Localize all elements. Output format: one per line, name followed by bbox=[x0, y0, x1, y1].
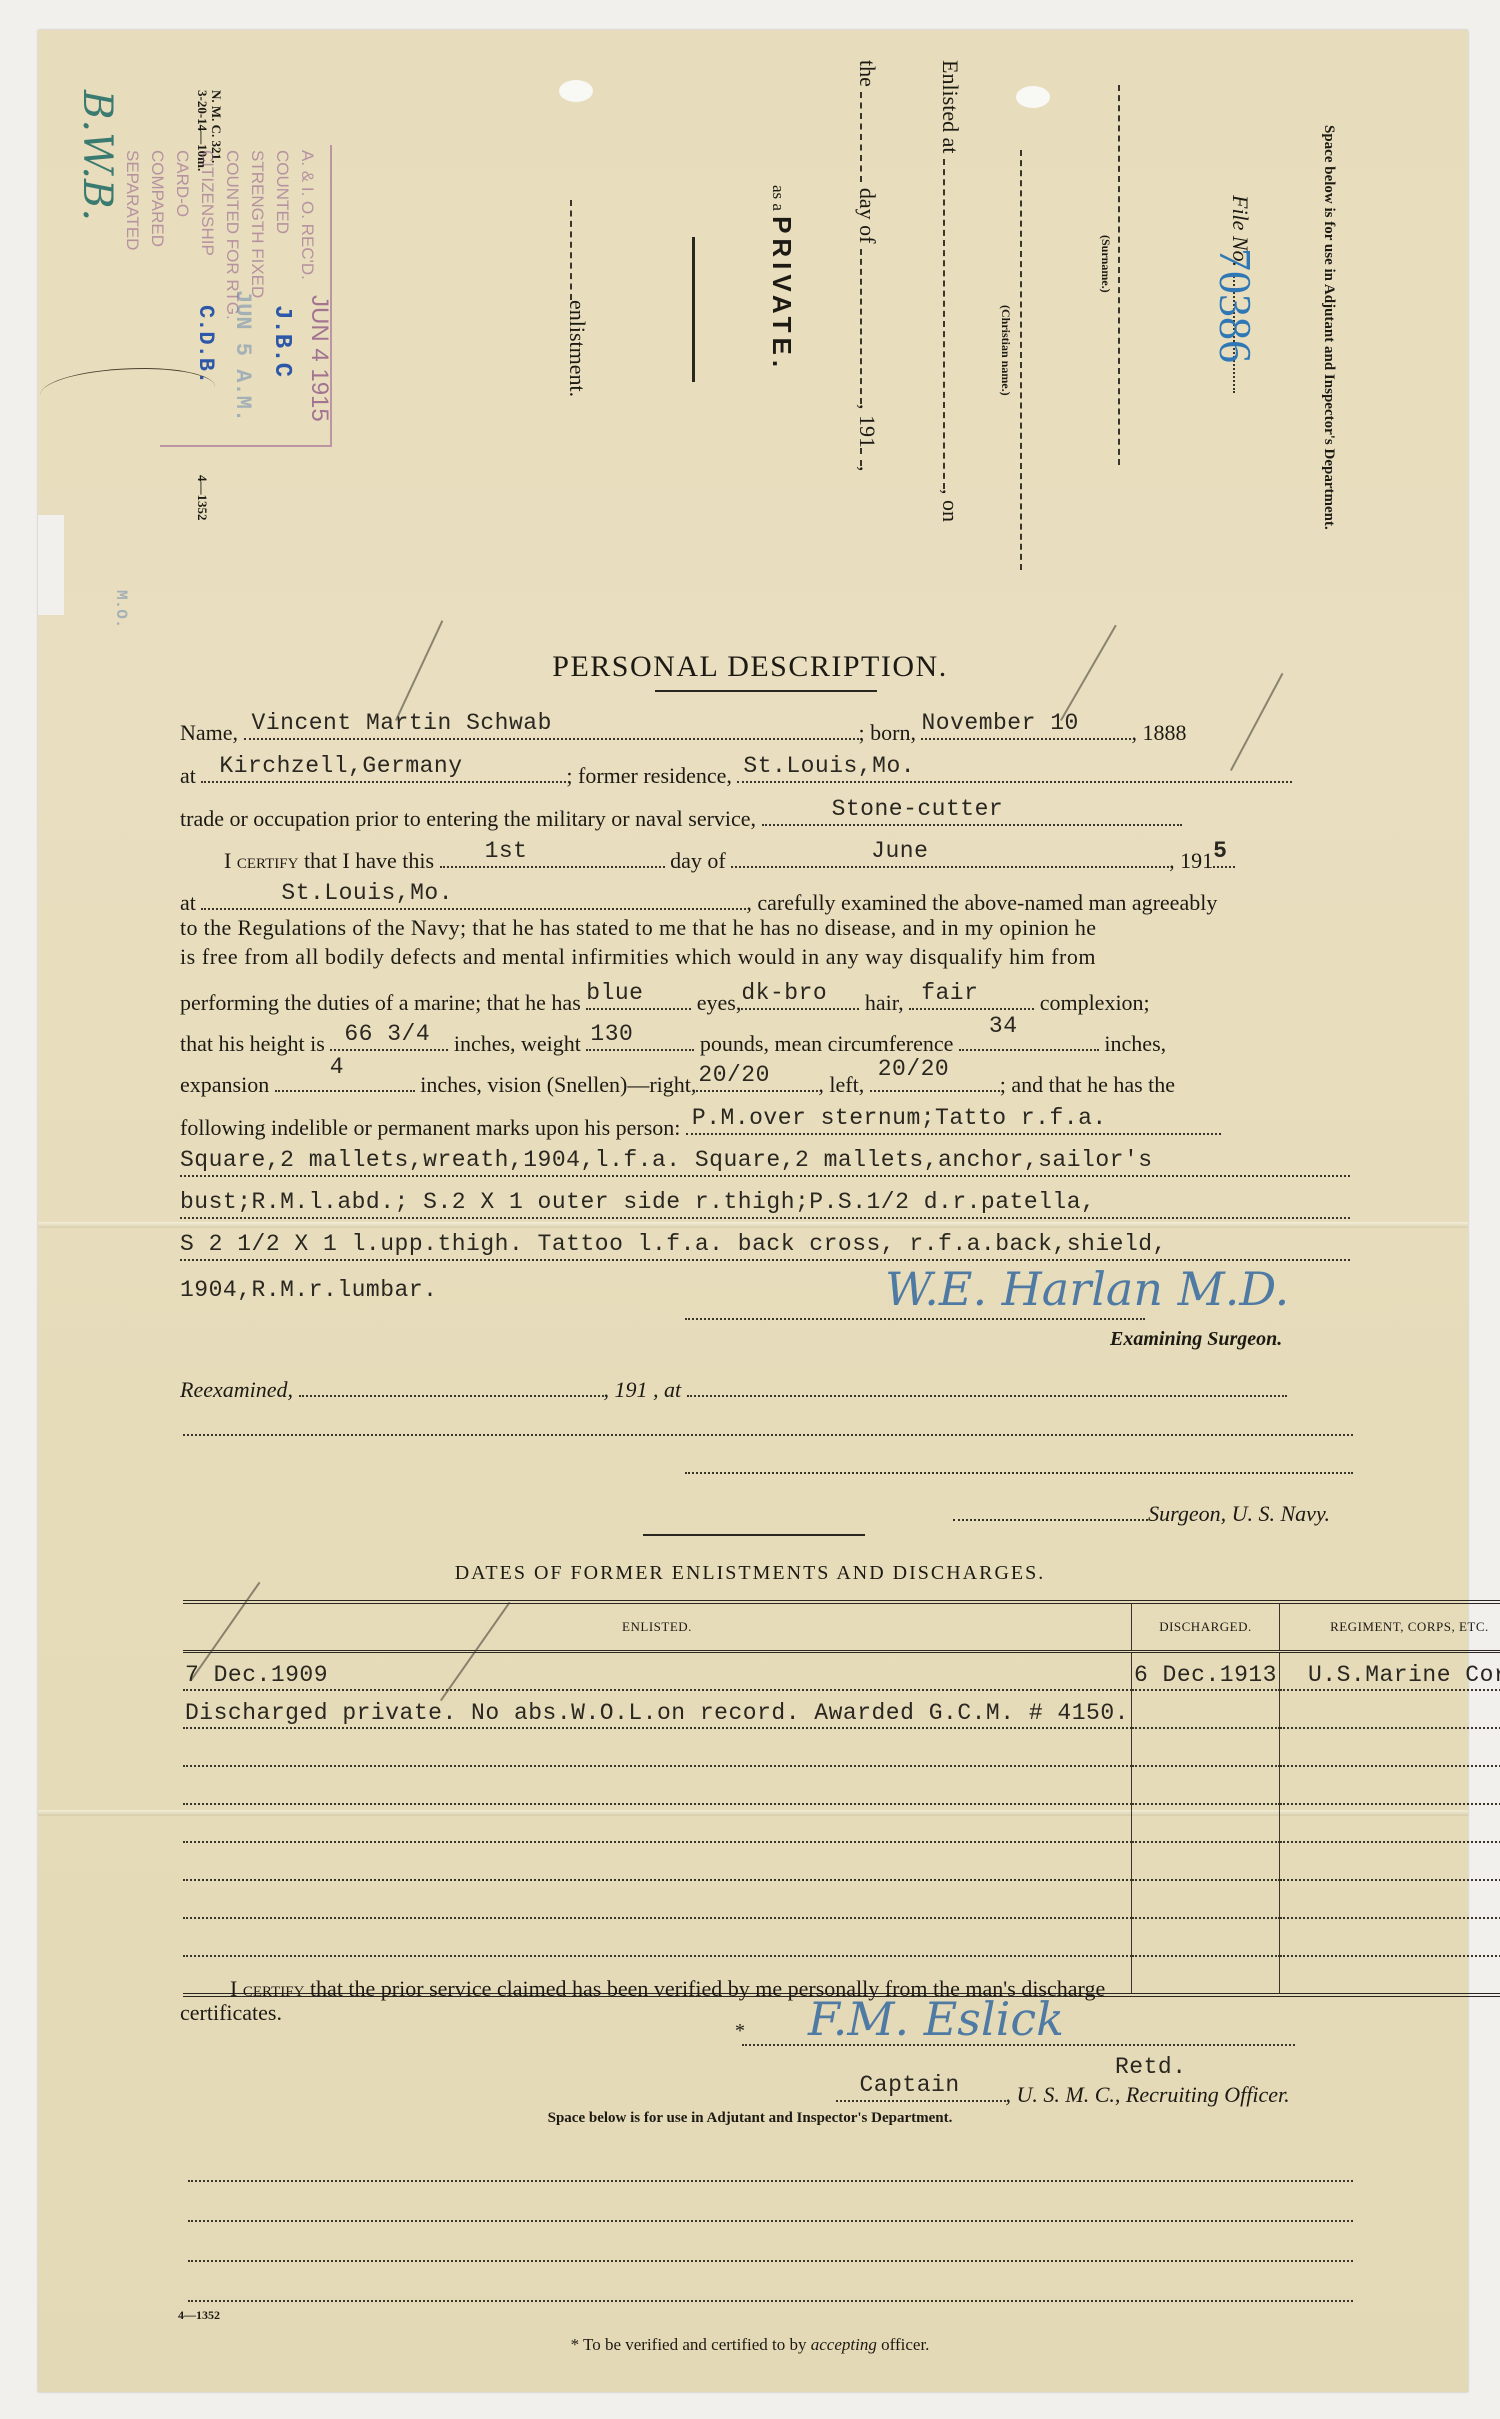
table-cell-remarks[interactable]: Discharged private. No abs.W.O.L.on reco… bbox=[183, 1690, 1131, 1728]
at-label: at bbox=[180, 763, 196, 788]
navy-surgeon-field[interactable] bbox=[953, 1497, 1148, 1521]
blank-line[interactable] bbox=[183, 1434, 1353, 1436]
hair-label: hair, bbox=[865, 990, 904, 1015]
marks-line: bust;R.M.l.abd.; S.2 X 1 outer side r.th… bbox=[180, 1195, 1350, 1226]
day-field[interactable] bbox=[860, 92, 862, 182]
former-enlistments-title: DATES OF FORMER ENLISTMENTS AND DISCHARG… bbox=[0, 1562, 1500, 1585]
handwritten-initials: B.W.B. bbox=[74, 90, 120, 221]
certify-prefix: I bbox=[180, 848, 231, 873]
exam-year-value: 5 bbox=[1213, 838, 1235, 864]
officer-line: Captain, U. S. M. C., Recruiting Officer… bbox=[180, 2078, 1350, 2108]
enlistment-date-line: the day of , 191, bbox=[854, 60, 880, 471]
name-field[interactable]: Vincent Martin Schwab bbox=[244, 716, 859, 740]
marks-field[interactable]: S 2 1/2 X 1 l.upp.thigh. Tattoo l.f.a. b… bbox=[180, 1237, 1350, 1261]
exam-day-value: 1st bbox=[485, 838, 710, 864]
table-cell-discharged[interactable]: 6 Dec.1913 bbox=[1131, 1652, 1279, 1691]
certify-word: certify bbox=[243, 1976, 305, 2001]
verification-text-2: certificates. bbox=[180, 2000, 1350, 2026]
table-row bbox=[183, 1728, 1500, 1766]
appearance-line: performing the duties of a marine; that … bbox=[180, 986, 1350, 1016]
table-cell-enlisted[interactable]: 7 Dec.1909 bbox=[183, 1652, 1131, 1691]
column-header-regiment: REGIMENT, CORPS, ETC. bbox=[1279, 1602, 1500, 1652]
stamp-line: COUNTED bbox=[270, 150, 295, 320]
exam-year-field[interactable]: 5 bbox=[1213, 844, 1235, 868]
vision-line: expansion 4 inches, vision (Snellen)—rig… bbox=[180, 1068, 1350, 1098]
punch-hole bbox=[559, 80, 593, 102]
reexamined-line: Reexamined, , 191 , at bbox=[180, 1373, 1350, 1403]
adjutant-blank-line[interactable] bbox=[188, 2180, 1353, 2182]
born-label: ; born, bbox=[859, 720, 916, 745]
adjutant-blank-line[interactable] bbox=[188, 2220, 1353, 2222]
table-cell[interactable] bbox=[1131, 1766, 1279, 1804]
table-cell[interactable] bbox=[1131, 1804, 1279, 1842]
born-year: , 1888 bbox=[1131, 720, 1186, 745]
stamp-line: CARD-O bbox=[170, 150, 195, 320]
surgeon-signature-line[interactable] bbox=[685, 1318, 1145, 1320]
vision-left-value: 20/20 bbox=[878, 1056, 1008, 1082]
form-code-bottom: 4—1352 bbox=[178, 2308, 220, 2323]
as-a-label: as a bbox=[769, 185, 788, 211]
born-date-value: November 10 bbox=[921, 710, 1131, 736]
table-row: Discharged private. No abs.W.O.L.on reco… bbox=[183, 1690, 1500, 1728]
month-field[interactable] bbox=[860, 249, 862, 404]
officer-caption: , U. S. M. C., Recruiting Officer. bbox=[1006, 2082, 1290, 2107]
surgeon-caption: Examining Surgeon. bbox=[1110, 1328, 1282, 1351]
exam-place-line: at St.Louis,Mo., carefully examined the … bbox=[180, 886, 1350, 916]
adjutant-note: Space below is for use in Adjutant and I… bbox=[0, 2110, 1500, 2127]
name-label: Name, bbox=[180, 720, 238, 745]
stamp-line: SEPARATED bbox=[120, 150, 145, 320]
marks-label: following indelible or permanent marks u… bbox=[180, 1115, 680, 1140]
section-divider bbox=[643, 1534, 865, 1536]
table-cell[interactable] bbox=[1279, 1804, 1500, 1842]
table-cell[interactable] bbox=[183, 1918, 1131, 1956]
reexamined-place-field[interactable] bbox=[687, 1373, 1287, 1397]
reexamined-at: , at bbox=[653, 1377, 681, 1402]
eyes-value: blue bbox=[586, 980, 691, 1006]
trade-label: trade or occupation prior to entering th… bbox=[180, 806, 756, 831]
birthplace-value: Kirchzell,Germany bbox=[219, 753, 584, 779]
reexamined-label: Reexamined, bbox=[180, 1377, 293, 1402]
adjutant-blank-line[interactable] bbox=[188, 2300, 1353, 2302]
table-cell[interactable] bbox=[1279, 1880, 1500, 1918]
marks-line: Square,2 mallets,wreath,1904,l.f.a. Squa… bbox=[180, 1153, 1350, 1184]
navy-surgeon-line: Surgeon, U. S. Navy. bbox=[180, 1497, 1330, 1527]
stamp-initials: C.D.B. bbox=[193, 305, 218, 384]
punch-hole bbox=[1016, 86, 1050, 108]
table-cell[interactable] bbox=[1131, 1880, 1279, 1918]
table-row: 7 Dec.1909 6 Dec.1913 U.S.Marine Corps E… bbox=[183, 1652, 1500, 1691]
former-residence-value: St.Louis,Mo. bbox=[743, 753, 1298, 779]
officer-rank-value: Captain bbox=[860, 2072, 1030, 2098]
file-number-value: 70386 bbox=[1209, 248, 1262, 363]
enlisted-at-field[interactable] bbox=[943, 159, 945, 489]
enlistment-label: enlistment. bbox=[565, 300, 590, 397]
title-underline bbox=[655, 690, 877, 692]
column-header-discharged: DISCHARGED. bbox=[1131, 1602, 1279, 1652]
table-cell[interactable] bbox=[183, 1804, 1131, 1842]
reexamined-year: , 191 bbox=[604, 1377, 648, 1402]
marks-value: 1904,R.M.r.lumbar. bbox=[180, 1277, 437, 1303]
table-cell[interactable] bbox=[183, 1728, 1131, 1766]
marks-value: bust;R.M.l.abd.; S.2 X 1 outer side r.th… bbox=[180, 1189, 1350, 1215]
stamp-date: JUN 4 1915 bbox=[305, 295, 333, 422]
verification-text: I certify that the prior service claimed… bbox=[180, 1976, 1350, 2002]
performing-label: performing the duties of a marine; that … bbox=[180, 990, 581, 1015]
height-field[interactable]: 66 3/4 bbox=[330, 1027, 448, 1051]
name-value: Vincent Martin Schwab bbox=[252, 710, 867, 736]
vision-right-value: 20/20 bbox=[698, 1062, 820, 1088]
hair-value: dk-bro bbox=[741, 980, 859, 1006]
table-cell[interactable] bbox=[1131, 1842, 1279, 1880]
table-row bbox=[183, 1880, 1500, 1918]
surgeon-signature: W.E. Harlan M.D. bbox=[885, 1262, 1289, 1316]
stamp-line: COMPARED bbox=[145, 150, 170, 320]
left-label: , left, bbox=[818, 1072, 864, 1097]
table-cell[interactable] bbox=[1279, 1918, 1500, 1956]
marks-field[interactable]: Square,2 mallets,wreath,1904,l.f.a. Squa… bbox=[180, 1153, 1350, 1177]
enlisted-at-line: Enlisted at , on bbox=[937, 60, 963, 522]
table-cell[interactable] bbox=[1279, 1766, 1500, 1804]
footnote: * To be verified and certified to by acc… bbox=[0, 2335, 1500, 2355]
year-field[interactable] bbox=[860, 448, 862, 466]
asterisk: * bbox=[735, 2020, 745, 2043]
retired-note: Retd. bbox=[1115, 2054, 1187, 2080]
marks-value: Square,2 mallets,wreath,1904,l.f.a. Squa… bbox=[180, 1147, 1350, 1173]
adjutant-blank-line[interactable] bbox=[188, 2260, 1353, 2262]
footnote-emphasis: accepting bbox=[811, 2335, 877, 2354]
marks-field[interactable]: bust;R.M.l.abd.; S.2 X 1 outer side r.th… bbox=[180, 1195, 1350, 1219]
pounds-label: pounds, mean circumference bbox=[700, 1031, 954, 1056]
trade-field[interactable]: Stone-cutter bbox=[762, 802, 1182, 826]
surname-field[interactable] bbox=[1118, 85, 1120, 465]
marks-field[interactable]: P.M.over sternum;Tatto r.f.a. bbox=[686, 1111, 1221, 1135]
vision-left-field[interactable]: 20/20 bbox=[870, 1068, 1000, 1092]
rank-divider bbox=[692, 237, 695, 382]
surname-caption: (Surname.) bbox=[1098, 235, 1113, 293]
table-cell[interactable] bbox=[183, 1842, 1131, 1880]
eyes-field[interactable]: blue bbox=[586, 986, 691, 1010]
table-cell[interactable] bbox=[1131, 1918, 1279, 1956]
marks-value: S 2 1/2 X 1 l.upp.thigh. Tattoo l.f.a. b… bbox=[180, 1231, 1350, 1257]
officer-signature: F.M. Eslick bbox=[808, 1992, 1064, 2046]
vision-right-field[interactable]: 20/20 bbox=[696, 1068, 818, 1092]
table-row bbox=[183, 1918, 1500, 1956]
rank-line: as a PRIVATE. bbox=[766, 185, 797, 372]
body-line: to the Regulations of the Navy; that he … bbox=[180, 915, 1350, 941]
marks-line: following indelible or permanent marks u… bbox=[180, 1111, 1350, 1141]
hair-field[interactable]: dk-bro bbox=[741, 986, 859, 1010]
adjutant-note-text: Space below is for use in Adjutant and I… bbox=[1319, 125, 1338, 545]
table-header-row: ENLISTED. DISCHARGED. REGIMENT, CORPS, E… bbox=[183, 1602, 1500, 1652]
table-cell[interactable] bbox=[183, 1880, 1131, 1918]
table-cell[interactable] bbox=[1131, 1728, 1279, 1766]
birthplace-field[interactable]: Kirchzell,Germany bbox=[201, 759, 566, 783]
navy-surgeon-caption: Surgeon, U. S. Navy. bbox=[1148, 1501, 1330, 1526]
torn-edge bbox=[38, 515, 64, 615]
exam-day-field[interactable]: 1st bbox=[440, 844, 665, 868]
weight-label: inches, weight bbox=[454, 1031, 581, 1056]
complexion-value: fair bbox=[921, 980, 1046, 1006]
footnote-suffix: officer. bbox=[881, 2335, 929, 2354]
table-cell-regiment[interactable]: U.S.Marine Corps bbox=[1279, 1652, 1500, 1691]
circumference-value: 34 bbox=[989, 1013, 1129, 1039]
table-row bbox=[183, 1842, 1500, 1880]
on-label: , on bbox=[938, 489, 963, 522]
trade-line: trade or occupation prior to entering th… bbox=[180, 802, 1350, 832]
certify-line: I certify that I have this 1st day of Ju… bbox=[180, 844, 1350, 874]
christian-name-field[interactable] bbox=[1020, 150, 1022, 570]
page-title: PERSONAL DESCRIPTION. bbox=[0, 650, 1500, 684]
table-row bbox=[183, 1804, 1500, 1842]
navy-signature-line[interactable] bbox=[685, 1472, 1353, 1474]
certify-word: certify bbox=[237, 848, 299, 873]
height-label: that his height is bbox=[180, 1031, 325, 1056]
complexion-field[interactable]: fair bbox=[909, 986, 1034, 1010]
weight-value: 130 bbox=[590, 1021, 698, 1047]
received-stamp-lines: A. & I. O. REC'D. COUNTED STRENGTH FIXED… bbox=[120, 150, 320, 320]
officer-rank-field[interactable]: Captain bbox=[836, 2078, 1006, 2102]
birthplace-line: at Kirchzell,Germany; former residence, … bbox=[180, 759, 1350, 789]
table-cell[interactable] bbox=[1279, 1842, 1500, 1880]
stamp-initials: J.B.C bbox=[268, 305, 295, 377]
table-cell[interactable] bbox=[1279, 1690, 1500, 1728]
adjutant-note-cover: Space below is for use in Adjutant and I… bbox=[1319, 125, 1338, 545]
trade-value: Stone-cutter bbox=[832, 796, 1252, 822]
former-enlistments-table: ENLISTED. DISCHARGED. REGIMENT, CORPS, E… bbox=[183, 1600, 1500, 1997]
rank-text: PRIVATE. bbox=[767, 216, 797, 372]
year-prefix: , 191 bbox=[855, 404, 880, 448]
table-cell[interactable] bbox=[1279, 1728, 1500, 1766]
the-label: the bbox=[855, 60, 880, 87]
measurements-line: that his height is 66 3/4 inches, weight… bbox=[180, 1027, 1350, 1057]
expansion-field[interactable]: 4 bbox=[275, 1068, 415, 1092]
circumference-field[interactable]: 34 bbox=[959, 1027, 1099, 1051]
table-row bbox=[183, 1766, 1500, 1804]
form-code-top: 4—1352 bbox=[194, 475, 210, 521]
reexamined-date-field[interactable] bbox=[299, 1373, 604, 1397]
enlisted-at-label: Enlisted at bbox=[938, 60, 963, 153]
officer-signature-line[interactable] bbox=[742, 2044, 1295, 2046]
christian-name-caption: (Christian name.) bbox=[998, 305, 1013, 396]
expansion-value: 4 bbox=[330, 1054, 470, 1080]
complexion-label: complexion; bbox=[1040, 990, 1150, 1015]
name-line: Name, Vincent Martin Schwab; born, Novem… bbox=[180, 716, 1350, 746]
born-date-field[interactable]: November 10 bbox=[921, 716, 1131, 740]
stamp-line: CITIZENSHIP bbox=[195, 150, 220, 320]
former-residence-field[interactable]: St.Louis,Mo. bbox=[737, 759, 1292, 783]
body-line: is free from all bodily defects and ment… bbox=[180, 944, 1350, 970]
enlistment-line: enlistment. bbox=[564, 200, 590, 397]
weight-field[interactable]: 130 bbox=[586, 1027, 694, 1051]
exam-at-label: at bbox=[180, 890, 196, 915]
eyes-label: eyes, bbox=[697, 990, 742, 1015]
marks-intro: ; and that he has the bbox=[1000, 1072, 1175, 1097]
enlistment-field[interactable] bbox=[570, 200, 572, 300]
former-residence-label: ; former residence, bbox=[566, 763, 732, 788]
footnote-prefix: * To be verified and certified to by bbox=[571, 2335, 807, 2354]
day-of-label: day of bbox=[855, 188, 880, 244]
expansion-label: expansion bbox=[180, 1072, 269, 1097]
table-cell[interactable] bbox=[183, 1766, 1131, 1804]
certify-prefix: I bbox=[180, 1976, 237, 2001]
exam-place-value: St.Louis,Mo. bbox=[281, 880, 826, 906]
marks-value: P.M.over sternum;Tatto r.f.a. bbox=[692, 1105, 1227, 1131]
stamp-faint-date: JUN 5 A.M. bbox=[230, 290, 255, 422]
height-value: 66 3/4 bbox=[344, 1021, 462, 1047]
faint-blue-mark: M.O. bbox=[112, 590, 130, 628]
table-cell[interactable] bbox=[1131, 1690, 1279, 1728]
exam-month-field[interactable]: June bbox=[731, 844, 1169, 868]
exam-place-field[interactable]: St.Louis,Mo. bbox=[201, 886, 746, 910]
exam-month-value: June bbox=[871, 838, 1309, 864]
certify-label: that I have this bbox=[304, 848, 434, 873]
column-header-enlisted: ENLISTED. bbox=[183, 1602, 1131, 1652]
